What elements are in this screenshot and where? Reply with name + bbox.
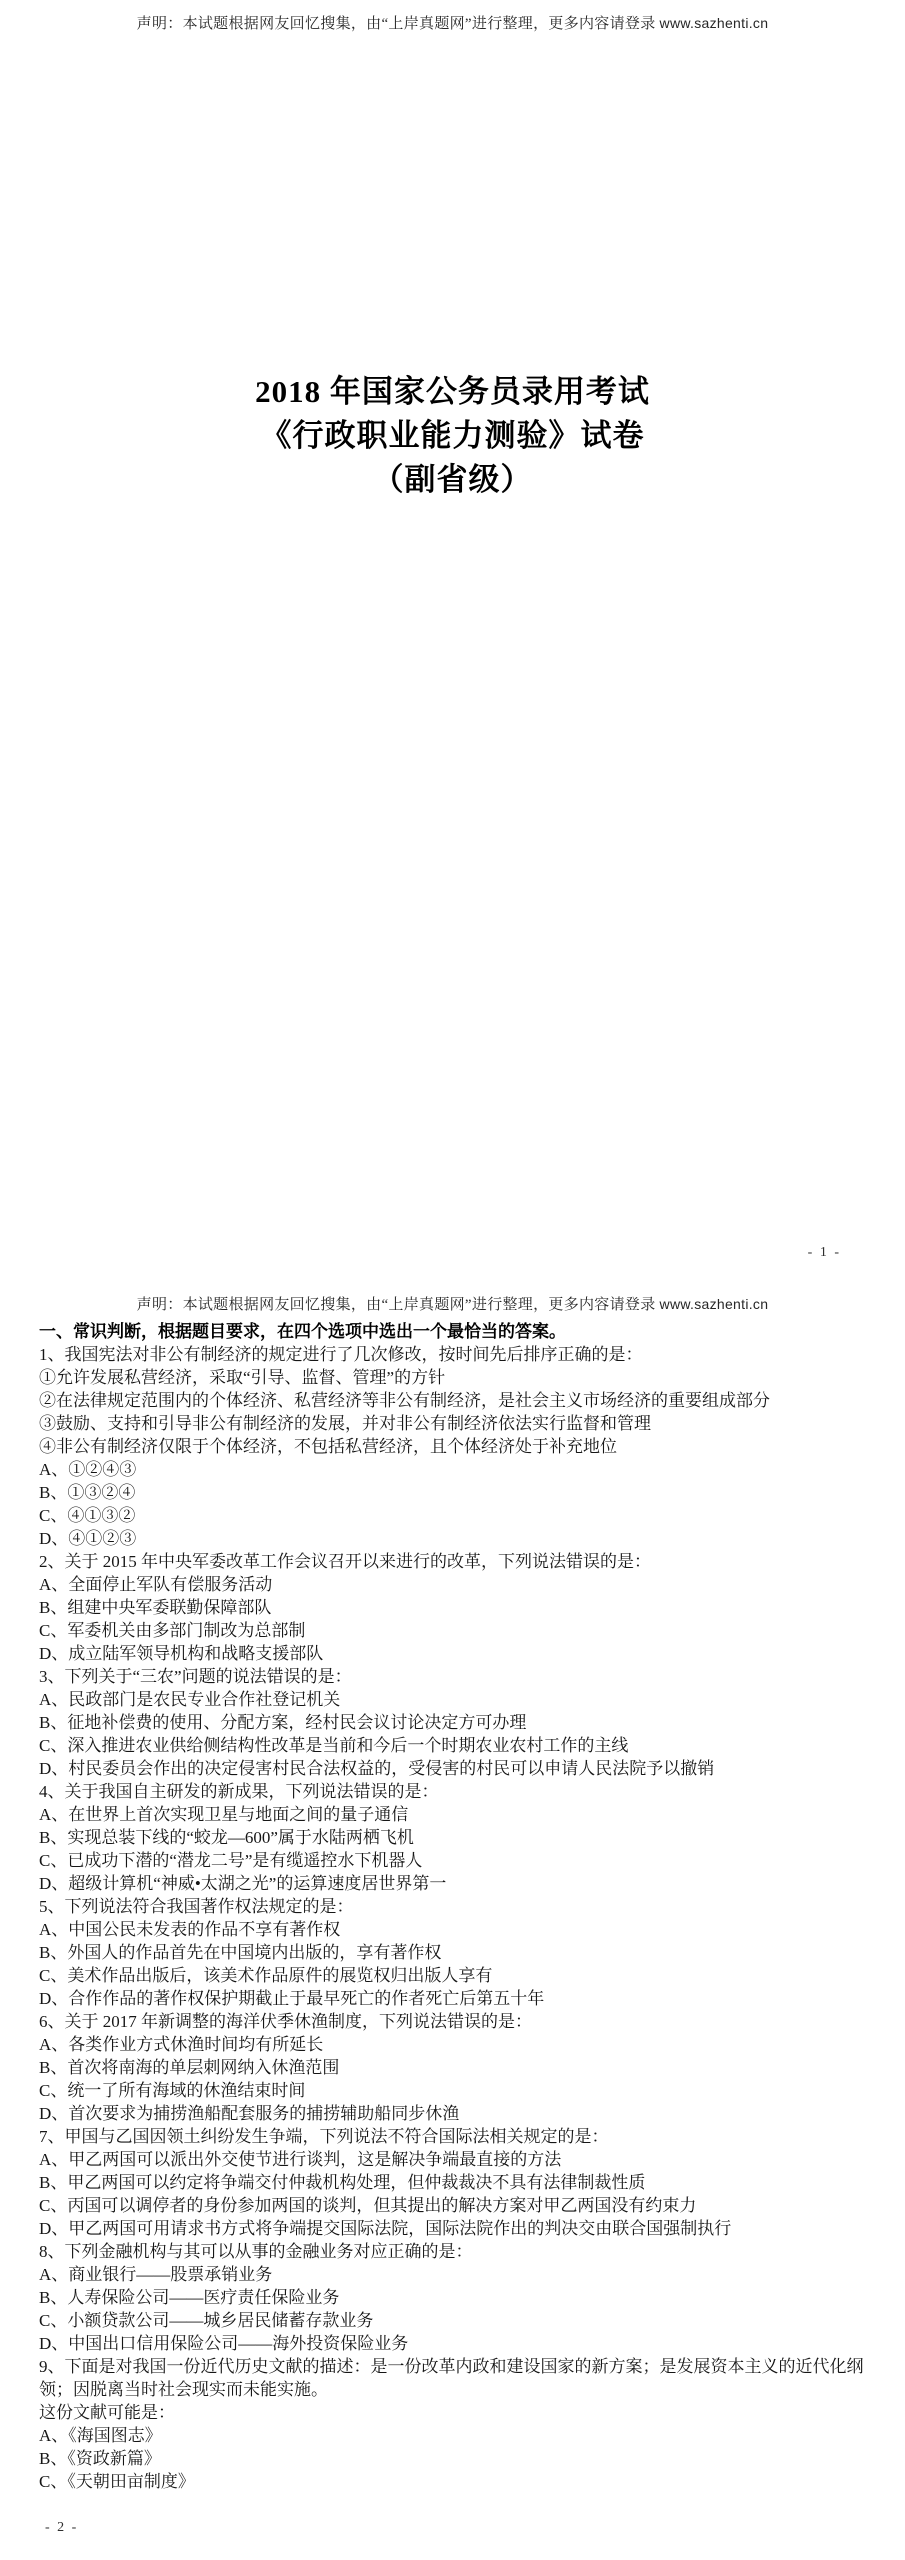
question-line: 1、我国宪法对非公有制经济的规定进行了几次修改，按时间先后排序正确的是：: [39, 1343, 881, 1366]
section-heading: 一、常识判断，根据题目要求，在四个选项中选出一个最恰当的答案。: [39, 1320, 881, 1343]
page-number-2: - 2 -: [45, 2520, 78, 2536]
question-line: C、《天朝田亩制度》: [39, 2470, 881, 2493]
page2-disclaimer: 声明：本试题根据网友回忆搜集，由“上岸真题网”进行整理，更多内容请登录 www.…: [0, 1293, 905, 1314]
question-line: A、商业银行——股票承销业务: [39, 2263, 881, 2286]
question-line: A、各类作业方式休渔时间均有所延长: [39, 2033, 881, 2056]
question-line: A、①②④③: [39, 1458, 881, 1481]
question-body: 一、常识判断，根据题目要求，在四个选项中选出一个最恰当的答案。 1、我国宪法对非…: [39, 1320, 881, 2493]
question-line: A、全面停止军队有偿服务活动: [39, 1573, 881, 1596]
question-line: B、首次将南海的单层刺网纳入休渔范围: [39, 2056, 881, 2079]
question-line: 5、下列说法符合我国著作权法规定的是：: [39, 1895, 881, 1918]
question-line: ③鼓励、支持和引导非公有制经济的发展，并对非公有制经济依法实行监督和管理: [39, 1412, 881, 1435]
exam-document: 声明：本试题根据网友回忆搜集，由“上岸真题网”进行整理，更多内容请登录 www.…: [0, 0, 905, 2560]
question-line: 9、下面是对我国一份近代历史文献的描述：是一份改革内政和建设国家的新方案；是发展…: [39, 2355, 881, 2378]
question-line: B、①③②④: [39, 1481, 881, 1504]
question-line: ②在法律规定范围内的个体经济、私营经济等非公有制经济，是社会主义市场经济的重要组…: [39, 1389, 881, 1412]
question-line: 4、关于我国自主研发的新成果，下列说法错误的是：: [39, 1780, 881, 1803]
question-line: 2、关于 2015 年中央军委改革工作会议召开以来进行的改革，下列说法错误的是：: [39, 1550, 881, 1573]
question-line: D、中国出口信用保险公司——海外投资保险业务: [39, 2332, 881, 2355]
question-line: D、甲乙两国可用请求书方式将争端提交国际法院，国际法院作出的判决交由联合国强制执…: [39, 2217, 881, 2240]
question-line: D、合作作品的著作权保护期截止于最早死亡的作者死亡后第五十年: [39, 1987, 881, 2010]
question-line: A、《海国图志》: [39, 2424, 881, 2447]
title-line-2: 《行政职业能力测验》试卷: [0, 414, 905, 458]
question-line: B、实现总装下线的“蛟龙—600”属于水陆两栖飞机: [39, 1826, 881, 1849]
question-line: A、在世界上首次实现卫星与地面之间的量子通信: [39, 1803, 881, 1826]
disclaimer-text: 声明：本试题根据网友回忆搜集，由“上岸真题网”进行整理，更多内容请登录: [137, 16, 660, 32]
question-line: 6、关于 2017 年新调整的海洋伏季休渔制度，下列说法错误的是：: [39, 2010, 881, 2033]
question-line: D、成立陆军领导机构和战略支援部队: [39, 1642, 881, 1665]
question-line: A、民政部门是农民专业合作社登记机关: [39, 1688, 881, 1711]
question-line: C、美术作品出版后，该美术作品原件的展览权归出版人享有: [39, 1964, 881, 1987]
disclaimer-text: 声明：本试题根据网友回忆搜集，由“上岸真题网”进行整理，更多内容请登录: [137, 1297, 660, 1313]
exam-title: 2018 年国家公务员录用考试 《行政职业能力测验》试卷 （副省级）: [0, 370, 905, 502]
question-line: B、《资政新篇》: [39, 2447, 881, 2470]
question-line: C、丙国可以调停者的身份参加两国的谈判，但其提出的解决方案对甲乙两国没有约束力: [39, 2194, 881, 2217]
question-line: B、人寿保险公司——医疗责任保险业务: [39, 2286, 881, 2309]
question-lines: 1、我国宪法对非公有制经济的规定进行了几次修改，按时间先后排序正确的是：①允许发…: [39, 1343, 881, 2493]
question-line: B、甲乙两国可以约定将争端交付仲裁机构处理，但仲裁裁决不具有法律制裁性质: [39, 2171, 881, 2194]
question-line: ④非公有制经济仅限于个体经济，不包括私营经济，且个体经济处于补充地位: [39, 1435, 881, 1458]
disclaimer-url: www.sazhenti.cn: [660, 1296, 769, 1312]
question-line: D、④①②③: [39, 1527, 881, 1550]
question-line: 这份文献可能是：: [39, 2401, 881, 2424]
question-line: C、已成功下潜的“潜龙二号”是有缆遥控水下机器人: [39, 1849, 881, 1872]
question-line: 7、甲国与乙国因领土纠纷发生争端，下列说法不符合国际法相关规定的是：: [39, 2125, 881, 2148]
question-line: A、甲乙两国可以派出外交使节进行谈判，这是解决争端最直接的方法: [39, 2148, 881, 2171]
question-line: 领；因脱离当时社会现实而未能实施。: [39, 2378, 881, 2401]
question-line: D、首次要求为捕捞渔船配套服务的捕捞辅助船同步休渔: [39, 2102, 881, 2125]
question-line: B、征地补偿费的使用、分配方案，经村民会议讨论决定方可办理: [39, 1711, 881, 1734]
question-line: B、组建中央军委联勤保障部队: [39, 1596, 881, 1619]
page-number-1: - 1 -: [808, 1245, 841, 1261]
title-line-1: 2018 年国家公务员录用考试: [0, 370, 905, 414]
question-line: 8、下列金融机构与其可以从事的金融业务对应正确的是：: [39, 2240, 881, 2263]
question-line: C、深入推进农业供给侧结构性改革是当前和今后一个时期农业农村工作的主线: [39, 1734, 881, 1757]
question-line: D、超级计算机“神威•太湖之光”的运算速度居世界第一: [39, 1872, 881, 1895]
disclaimer-url: www.sazhenti.cn: [660, 15, 769, 31]
question-line: C、军委机关由多部门制改为总部制: [39, 1619, 881, 1642]
question-line: C、小额贷款公司——城乡居民储蓄存款业务: [39, 2309, 881, 2332]
question-line: A、中国公民未发表的作品不享有著作权: [39, 1918, 881, 1941]
question-line: ①允许发展私营经济，采取“引导、监督、管理”的方针: [39, 1366, 881, 1389]
question-line: 3、下列关于“三农”问题的说法错误的是：: [39, 1665, 881, 1688]
title-line-3: （副省级）: [0, 458, 905, 502]
page1-disclaimer: 声明：本试题根据网友回忆搜集，由“上岸真题网”进行整理，更多内容请登录 www.…: [0, 12, 905, 33]
question-line: D、村民委员会作出的决定侵害村民合法权益的，受侵害的村民可以申请人民法院予以撤销: [39, 1757, 881, 1780]
question-line: C、④①③②: [39, 1504, 881, 1527]
question-line: C、统一了所有海域的休渔结束时间: [39, 2079, 881, 2102]
question-line: B、外国人的作品首先在中国境内出版的，享有著作权: [39, 1941, 881, 1964]
